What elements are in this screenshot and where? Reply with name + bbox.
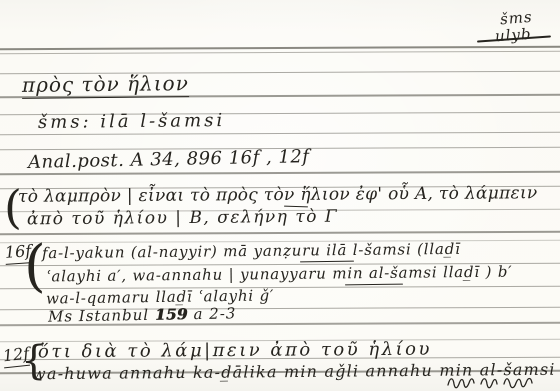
ruled-line bbox=[0, 51, 560, 54]
arabic-line-1: fa-l-yakun (al-nayyir) mā yanẓuru ilā l-… bbox=[42, 241, 461, 262]
greek-quote-line-1: τὸ λαμπρὸν | εἶναι τὸ πρὸς τὸν ἥλιον ἐφ'… bbox=[18, 184, 538, 206]
entry-heading: πρὸς τὸν ἥλιον bbox=[22, 72, 189, 99]
underline-mark bbox=[345, 284, 403, 286]
manuscript-source-number: 159 bbox=[155, 305, 188, 324]
greek-note-line: ὅτι διὰ τὸ λάμ|πειν ἀπὸ τοῦ ἡλίου bbox=[38, 340, 432, 363]
manuscript-source-suffix: a 2-3 bbox=[188, 304, 237, 323]
ruled-line bbox=[0, 46, 560, 50]
greek-quote-line-2: ἀπὸ τοῦ ἡλίου | Β, σελήνη τὸ Γ bbox=[27, 208, 338, 229]
manuscript-source: Ms Istanbul 159 a 2-3 bbox=[48, 305, 237, 325]
corner-struck-word: ulyb bbox=[494, 26, 532, 45]
underline-mark bbox=[300, 261, 354, 263]
ruled-line bbox=[0, 231, 560, 235]
arabic-line-3: wa-l-qamaru llad̲ī ʿalayhi ǧ′ bbox=[46, 287, 274, 307]
illegible-scribble bbox=[446, 374, 552, 390]
lemma-translation: šms: ilā l-šamsi bbox=[38, 111, 225, 133]
arabic-line-2: ʿalayhi a′, wa-annahu | yunayyaru min al… bbox=[46, 264, 513, 285]
index-card: šms ulyb πρὸς τὸν ἥλιον šms: ilā l-šamsi… bbox=[0, 0, 560, 391]
reference-citation: Anal.post. A 34, 896 16f , 12f bbox=[28, 147, 310, 173]
manuscript-source-prefix: Ms Istanbul bbox=[48, 306, 155, 326]
